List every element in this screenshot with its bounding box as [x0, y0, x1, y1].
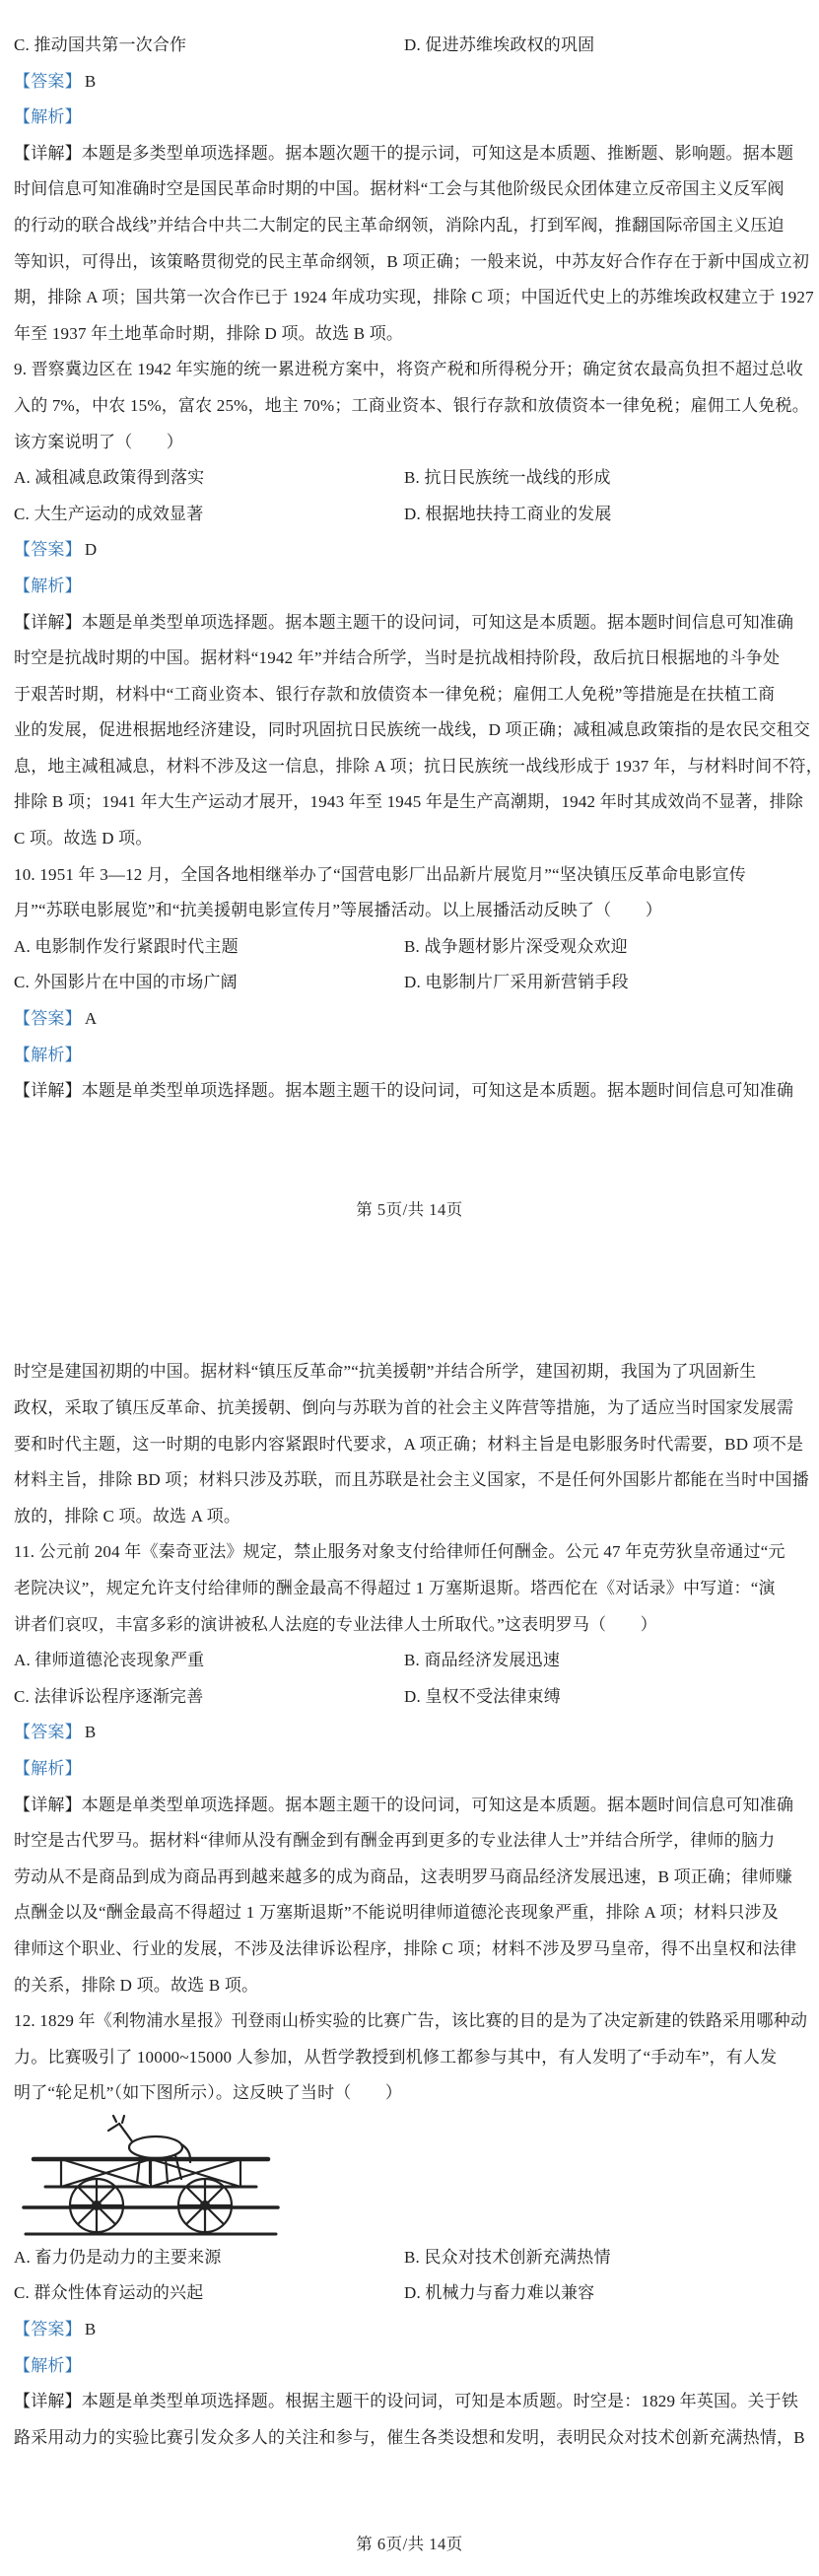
- q11-detail-line: 的关系，排除 D 项。故选 B 项。: [14, 1968, 805, 2004]
- exam-document: C. 推动国共第一次合作 D. 促进苏维埃政权的巩固 【答案】B 【解析】 【详…: [0, 0, 819, 2563]
- q10-stem-line: 月”“苏联电影展览”和“抗美援朝电影宣传月”等展播活动。以上展播活动反映了（ ）: [14, 893, 805, 929]
- q8-analysis-label-row: 【解析】: [14, 100, 805, 136]
- page-5: C. 推动国共第一次合作 D. 促进苏维埃政权的巩固 【答案】B 【解析】 【详…: [14, 0, 805, 1228]
- q10-option-d: D. 电影制片厂采用新营销手段: [404, 965, 629, 1001]
- q9-stem-line: 9. 晋察冀边区在 1942 年实施的统一累进税方案中，将资产税和所得税分开；确…: [14, 352, 805, 388]
- q10-detail-line: 放的，排除 C 项。故选 A 项。: [14, 1499, 805, 1535]
- q12-detail-line: 【详解】本题是单类型单项选择题。根据主题干的设问词，可知是本质题。时空是：182…: [14, 2384, 805, 2420]
- q10-analysis-label-row: 【解析】: [14, 1038, 805, 1074]
- q9-detail-line: 于艰苦时期，材料中“工商业资本、银行存款和放债资本一律免税；雇佣工人免税”等措施…: [14, 677, 805, 713]
- answer-label: 【答案】: [14, 1723, 82, 1741]
- q12-detail-line: 路采用动力的实验比赛引发众多人的关注和参与，催生各类设想和发明，表明民众对技术创…: [14, 2420, 805, 2457]
- q10-option-c: C. 外国影片在中国的市场广阔: [14, 965, 404, 1001]
- q12-answer-row: 【答案】B: [14, 2312, 805, 2348]
- q11-detail-line: 劳动从不是商品到成为商品再到越来越多的成为商品，这表明罗马商品经济发展迅速，B …: [14, 1860, 805, 1896]
- q8-answer-value: B: [85, 72, 97, 91]
- q12-option-a: A. 畜力仍是动力的主要来源: [14, 2240, 404, 2276]
- q9-detail-line: 【详解】本题是单类型单项选择题。据本题主题干的设问词，可知这是本质题。据本题时间…: [14, 605, 805, 642]
- q10-detail-line: 【详解】本题是单类型单项选择题。据本题主题干的设问词，可知这是本质题。据本题时间…: [14, 1073, 805, 1110]
- q11-detail-line: 律师这个职业、行业的发展，不涉及法律诉讼程序，排除 C 项；材料不涉及罗马皇帝，…: [14, 1932, 805, 1968]
- q12-analysis-label-row: 【解析】: [14, 2348, 805, 2385]
- q11-analysis-label-row: 【解析】: [14, 1751, 805, 1788]
- analysis-label: 【解析】: [14, 1046, 82, 1064]
- q10-option-row-ab: A. 电影制作发行紧跟时代主题 B. 战争题材影片深受观众欢迎: [14, 929, 805, 966]
- q9-answer-value: D: [85, 540, 97, 559]
- q9-detail-line: C 项。故选 D 项。: [14, 821, 805, 857]
- q11-option-a: A. 律师道德沦丧现象严重: [14, 1643, 404, 1679]
- q12-stem-line: 明了“轮足机”（如下图所示）。这反映了当时（ ）: [14, 2075, 805, 2112]
- q10-detail-line: 要和时代主题，这一时期的电影内容紧跟时代要求，A 项正确；材料主旨是电影服务时代…: [14, 1427, 805, 1463]
- answer-label: 【答案】: [14, 2320, 82, 2339]
- q11-answer-row: 【答案】B: [14, 1715, 805, 1751]
- answer-label: 【答案】: [14, 540, 82, 559]
- q10-stem-line: 10. 1951 年 3—12 月，全国各地相继举办了“国营电影厂出品新片展览月…: [14, 857, 805, 894]
- q9-detail-line: 息，地主减租减息，材料不涉及这一信息，排除 A 项；抗日民族统一战线形成于 19…: [14, 749, 805, 785]
- page-6: 时空是建国初期的中国。据材料“镇压反革命”“抗美援朝”并结合所学，建国初期，我国…: [14, 1228, 805, 2563]
- q9-option-row-ab: A. 减租减息政策得到落实 B. 抗日民族统一战线的形成: [14, 460, 805, 497]
- q8-detail-line: 【详解】本题是多类型单项选择题。据本题次题干的提示词，可知这是本质题、推断题、影…: [14, 136, 805, 172]
- q11-detail-line: 【详解】本题是单类型单项选择题。据本题主题干的设问词，可知这是本质题。据本题时间…: [14, 1788, 805, 1824]
- q10-answer-row: 【答案】A: [14, 1001, 805, 1038]
- analysis-label: 【解析】: [14, 107, 82, 126]
- answer-label: 【答案】: [14, 72, 82, 91]
- page-footer: 第 6页/共 14页: [14, 2527, 805, 2563]
- q12-answer-value: B: [85, 2320, 97, 2339]
- q8-detail-line: 年至 1937 年土地革命时期，排除 D 项。故选 B 项。: [14, 316, 805, 353]
- analysis-label: 【解析】: [14, 2356, 82, 2375]
- q11-option-row-cd: C. 法律诉讼程序逐渐完善 D. 皇权不受法律束缚: [14, 1679, 805, 1716]
- q9-answer-row: 【答案】D: [14, 532, 805, 569]
- q8-option-d: D. 促进苏维埃政权的巩固: [404, 28, 594, 64]
- q9-detail-line: 时空是抗战时期的中国。据材料“1942 年”并结合所学，当时是抗战相持阶段，敌后…: [14, 641, 805, 677]
- horse-cart-figure: [14, 2112, 805, 2240]
- q10-option-b: B. 战争题材影片深受观众欢迎: [404, 929, 628, 966]
- q10-option-a: A. 电影制作发行紧跟时代主题: [14, 929, 404, 966]
- q12-option-row-cd: C. 群众性体育运动的兴起 D. 机械力与畜力难以兼容: [14, 2275, 805, 2312]
- q11-stem-line: 11. 公元前 204 年《秦奇亚法》规定，禁止服务对象支付给律师任何酬金。公元…: [14, 1534, 805, 1571]
- q12-stem-line: 力。比赛吸引了 10000~15000 人参加，从哲学教授到机修工都参与其中，有…: [14, 2040, 805, 2076]
- q9-detail-line: 业的发展，促进根据地经济建设，同时巩固抗日民族统一战线，D 项正确；减租减息政策…: [14, 712, 805, 749]
- q11-option-b: B. 商品经济发展迅速: [404, 1643, 560, 1679]
- q12-option-d: D. 机械力与畜力难以兼容: [404, 2275, 594, 2312]
- q12-option-b: B. 民众对技术创新充满热情: [404, 2240, 611, 2276]
- q11-option-row-ab: A. 律师道德沦丧现象严重 B. 商品经济发展迅速: [14, 1643, 805, 1679]
- q8-option-row-cd: C. 推动国共第一次合作 D. 促进苏维埃政权的巩固: [14, 28, 805, 64]
- q8-detail-line: 时间信息可知准确时空是国民革命时期的中国。据材料“工会与其他阶级民众团体建立反帝…: [14, 171, 805, 208]
- q8-option-c: C. 推动国共第一次合作: [14, 28, 404, 64]
- q10-answer-value: A: [85, 1009, 97, 1028]
- q8-detail-line: 期，排除 A 项；国共第一次合作已于 1924 年成功实现，排除 C 项；中国近…: [14, 280, 805, 316]
- answer-label: 【答案】: [14, 1009, 82, 1028]
- q9-analysis-label-row: 【解析】: [14, 569, 805, 605]
- q9-stem-line: 该方案说明了（ ）: [14, 425, 805, 461]
- q10-detail-line: 材料主旨，排除 BD 项；材料只涉及苏联，而且苏联是社会主义国家，不是任何外国影…: [14, 1462, 805, 1499]
- q9-option-c: C. 大生产运动的成效显著: [14, 497, 404, 533]
- q10-option-row-cd: C. 外国影片在中国的市场广阔 D. 电影制片厂采用新营销手段: [14, 965, 805, 1001]
- q12-stem-line: 12. 1829 年《利物浦水星报》刊登雨山桥实验的比赛广告，该比赛的目的是为了…: [14, 2003, 805, 2040]
- horse-cart-sketch-icon: [22, 2112, 280, 2238]
- analysis-label: 【解析】: [14, 1759, 82, 1778]
- q9-stem-line: 入的 7%，中农 15%，富农 25%，地主 70%；工商业资本、银行存款和放债…: [14, 388, 805, 425]
- q9-option-a: A. 减租减息政策得到落实: [14, 460, 404, 497]
- q8-detail-line: 等知识，可得出，该策略贯彻党的民主革命纲领，B 项正确；一般来说，中苏友好合作存…: [14, 244, 805, 281]
- q11-option-c: C. 法律诉讼程序逐渐完善: [14, 1679, 404, 1716]
- q11-detail-line: 点酬金以及“酬金最高不得超过 1 万塞斯退斯”不能说明律师道德沦丧现象严重，排除…: [14, 1895, 805, 1932]
- q11-answer-value: B: [85, 1723, 97, 1741]
- analysis-label: 【解析】: [14, 576, 82, 595]
- q11-detail-line: 时空是古代罗马。据材料“律师从没有酬金到有酬金再到更多的专业法律人士”并结合所学…: [14, 1823, 805, 1860]
- page-footer: 第 5页/共 14页: [14, 1192, 805, 1229]
- q11-stem-line: 讲者们哀叹，丰富多彩的演讲被私人法庭的专业法律人士所取代。”这表明罗马（ ）: [14, 1607, 805, 1644]
- q9-option-d: D. 根据地扶持工商业的发展: [404, 497, 612, 533]
- q8-detail-line: 的行动的联合战线”并结合中共二大制定的民主革命纲领，消除内乱，打到军阀，推翻国际…: [14, 208, 805, 244]
- q12-option-row-ab: A. 畜力仍是动力的主要来源 B. 民众对技术创新充满热情: [14, 2240, 805, 2276]
- q10-detail-line: 时空是建国初期的中国。据材料“镇压反革命”“抗美援朝”并结合所学，建国初期，我国…: [14, 1354, 805, 1390]
- q11-stem-line: 老院决议”，规定允许支付给律师的酬金最高不得超过 1 万塞斯退斯。塔西佗在《对话…: [14, 1571, 805, 1607]
- q9-option-b: B. 抗日民族统一战线的形成: [404, 460, 611, 497]
- q12-option-c: C. 群众性体育运动的兴起: [14, 2275, 404, 2312]
- q9-option-row-cd: C. 大生产运动的成效显著 D. 根据地扶持工商业的发展: [14, 497, 805, 533]
- q10-detail-line: 政权，采取了镇压反革命、抗美援朝、倒向与苏联为首的社会主义阵营等措施，为了适应当…: [14, 1390, 805, 1427]
- q8-answer-row: 【答案】B: [14, 64, 805, 101]
- q9-detail-line: 排除 B 项；1941 年大生产运动才展开，1943 年至 1945 年是生产高…: [14, 784, 805, 821]
- q11-option-d: D. 皇权不受法律束缚: [404, 1679, 561, 1716]
